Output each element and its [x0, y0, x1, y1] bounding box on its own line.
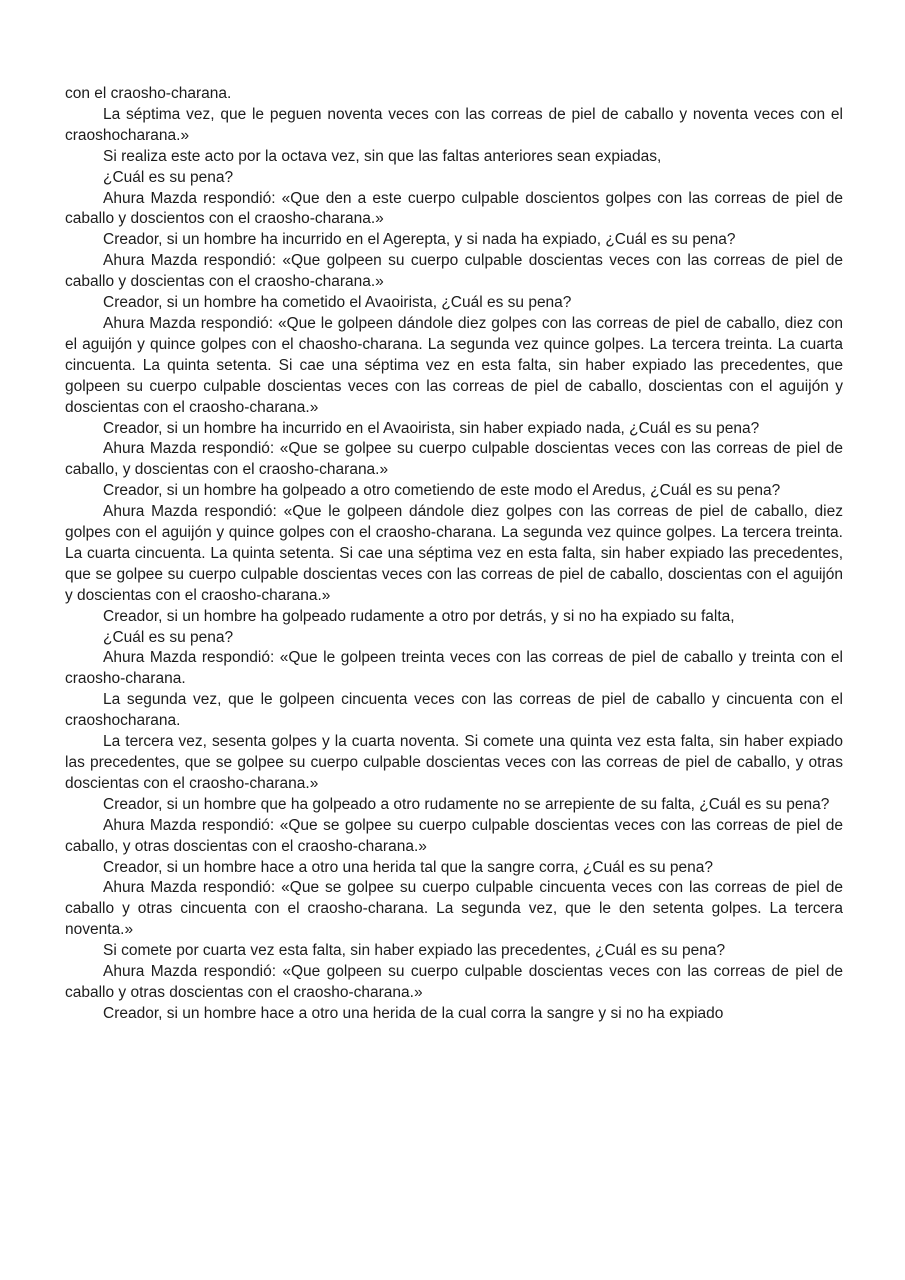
paragraph: Ahura Mazda respondió: «Que le golpeen d… — [65, 502, 843, 607]
paragraph: Creador, si un hombre ha golpeado a otro… — [65, 481, 843, 502]
paragraph: Ahura Mazda respondió: «Que se golpee su… — [65, 816, 843, 858]
paragraph: Ahura Mazda respondió: «Que le golpeen d… — [65, 314, 843, 419]
paragraph: Ahura Mazda respondió: «Que se golpee su… — [65, 878, 843, 941]
paragraph: Ahura Mazda respondió: «Que le golpeen t… — [65, 648, 843, 690]
paragraph: Ahura Mazda respondió: «Que golpeen su c… — [65, 962, 843, 1004]
paragraph: Creador, si un hombre hace a otro una he… — [65, 858, 843, 879]
paragraph: Ahura Mazda respondió: «Que den a este c… — [65, 189, 843, 231]
paragraph: con el craosho-charana. — [65, 84, 843, 105]
document-body: con el craosho-charana.La séptima vez, q… — [65, 84, 843, 1025]
paragraph: Ahura Mazda respondió: «Que se golpee su… — [65, 439, 843, 481]
paragraph: La tercera vez, sesenta golpes y la cuar… — [65, 732, 843, 795]
paragraph: Creador, si un hombre hace a otro una he… — [65, 1004, 843, 1025]
paragraph: Creador, si un hombre ha incurrido en el… — [65, 230, 843, 251]
paragraph: ¿Cuál es su pena? — [65, 628, 843, 649]
paragraph: ¿Cuál es su pena? — [65, 168, 843, 189]
paragraph: Creador, si un hombre ha cometido el Ava… — [65, 293, 843, 314]
paragraph: Creador, si un hombre que ha golpeado a … — [65, 795, 843, 816]
paragraph: La segunda vez, que le golpeen cincuenta… — [65, 690, 843, 732]
paragraph: Ahura Mazda respondió: «Que golpeen su c… — [65, 251, 843, 293]
document-page: con el craosho-charana.La séptima vez, q… — [0, 0, 905, 1280]
paragraph: Creador, si un hombre ha golpeado rudame… — [65, 607, 843, 628]
paragraph: La séptima vez, que le peguen noventa ve… — [65, 105, 843, 147]
paragraph: Si comete por cuarta vez esta falta, sin… — [65, 941, 843, 962]
paragraph: Creador, si un hombre ha incurrido en el… — [65, 419, 843, 440]
paragraph: Si realiza este acto por la octava vez, … — [65, 147, 843, 168]
